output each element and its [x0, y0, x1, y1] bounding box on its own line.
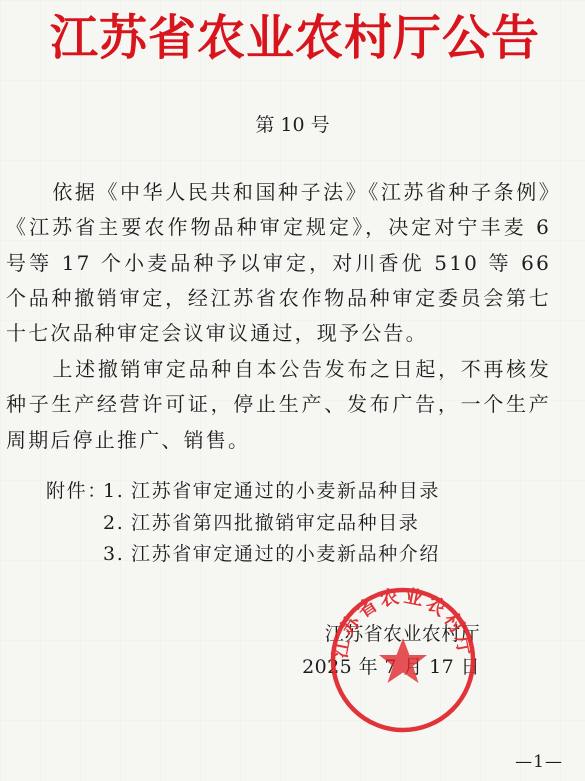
issuer-name: 江苏省农业农村厅	[300, 618, 480, 651]
attachment-number: 2.	[103, 508, 131, 540]
document-number: 第 10 号	[0, 112, 585, 138]
attachment-item: 2. 江苏省第四批撤销审定品种目录	[46, 508, 440, 540]
signature-block: 江苏省农业农村厅 2025 年 7 月 17 日	[300, 618, 480, 684]
attachments-label-spacer	[46, 539, 103, 571]
document-title: 江苏省农业农村厅公告	[50, 6, 510, 70]
paragraph-1-text: 依据《中华人民共和国种子法》《江苏省种子条例》《江苏省主要农作物品种审定规定》，…	[6, 180, 551, 345]
attachment-title: 江苏省第四批撤销审定品种目录	[131, 508, 419, 540]
attachment-number: 3.	[103, 539, 131, 571]
attachments-label-spacer	[46, 508, 103, 540]
attachment-title: 江苏省审定通过的小麦新品种目录	[131, 476, 440, 508]
attachment-number: 1.	[103, 476, 131, 508]
paragraph-2: 上述撤销审定品种自本公告发布之日起，不再核发种子生产经营许可证，停止生产、发布广…	[6, 352, 551, 458]
attachments-label: 附件：	[46, 476, 103, 508]
attachment-item: 附件： 1. 江苏省审定通过的小麦新品种目录	[46, 476, 440, 508]
paragraph-2-text: 上述撤销审定品种自本公告发布之日起，不再核发种子生产经营许可证，停止生产、发布广…	[6, 357, 551, 452]
attachments-list: 附件： 1. 江苏省审定通过的小麦新品种目录 2. 江苏省第四批撤销审定品种目录…	[46, 476, 440, 571]
attachment-item: 3. 江苏省审定通过的小麦新品种介绍	[46, 539, 440, 571]
attachment-title: 江苏省审定通过的小麦新品种介绍	[131, 539, 440, 571]
paragraph-1: 依据《中华人民共和国种子法》《江苏省种子条例》《江苏省主要农作物品种审定规定》，…	[6, 175, 551, 351]
page-number: —1—	[515, 752, 563, 772]
document-page: 江苏省农业农村厅公告 第 10 号 依据《中华人民共和国种子法》《江苏省种子条例…	[0, 0, 585, 781]
issue-date: 2025 年 7 月 17 日	[300, 651, 480, 684]
